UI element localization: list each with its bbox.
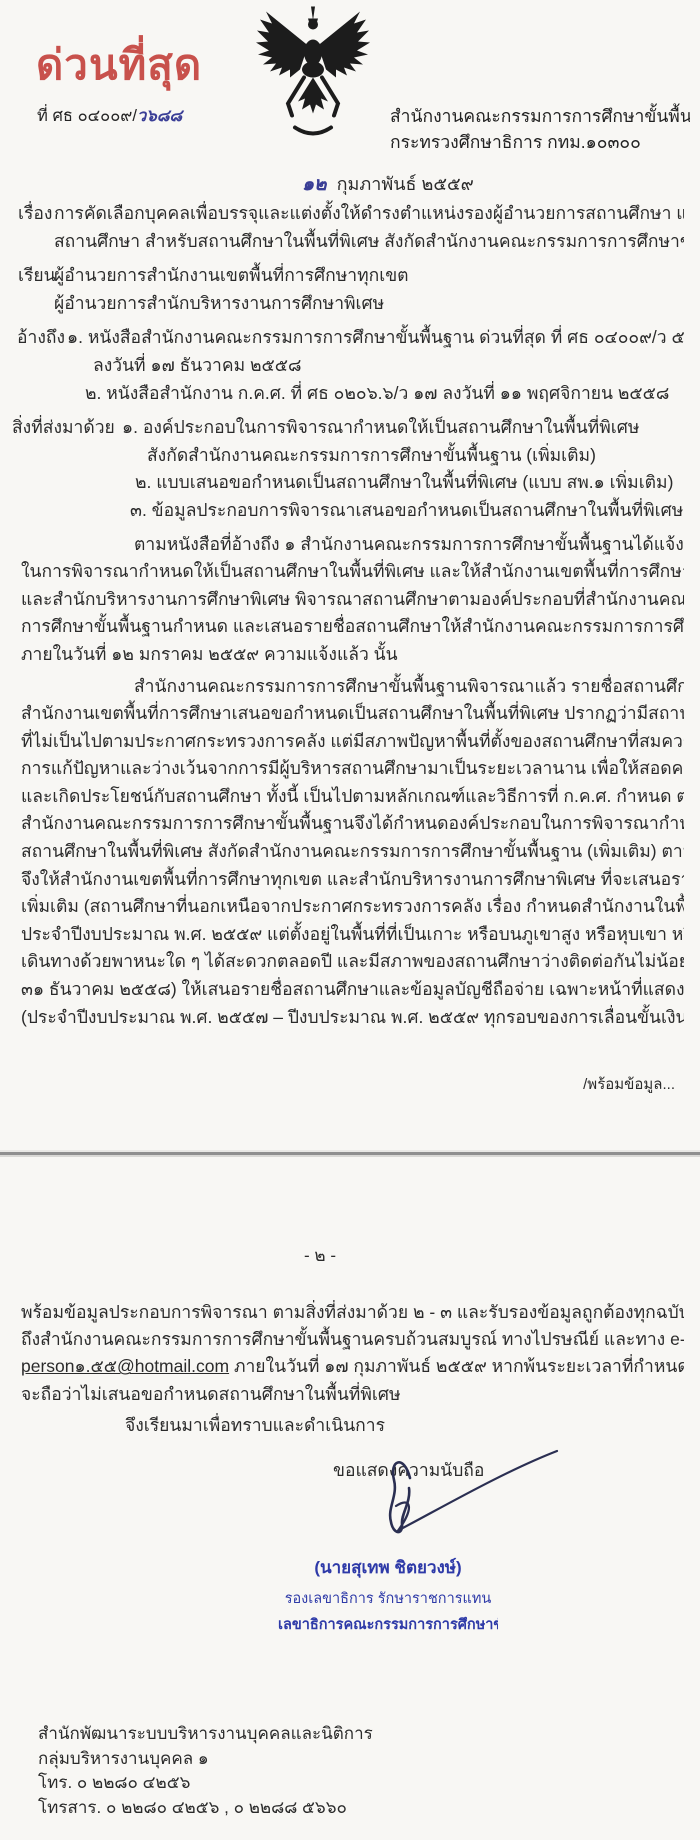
footer-phone: โทร. ๐ ๒๒๘๐ ๔๒๕๖ — [38, 1771, 438, 1796]
closing-statement: จึงเรียนมาเพื่อทราบและดำเนินการ — [125, 1411, 385, 1439]
paragraph-2: สำนักงานคณะกรรมการการศึกษาขั้นพื้นฐานพิจ… — [12, 673, 684, 1032]
paragraph-line: ประจำปีงบประมาณ พ.ศ. ๒๕๕๙ แต่ตั้งอยู่ในพ… — [12, 921, 684, 949]
subject-line: การคัดเลือกบุคคลเพื่อบรรจุและแต่งตั้งให้… — [12, 200, 684, 228]
continuation-mark: /พร้อมข้อมูล... — [545, 1072, 675, 1096]
references-label: อ้างถึง — [17, 324, 65, 352]
paragraph-line: ที่ไม่เป็นไปตามประกาศกระทรวงการคลัง แต่ม… — [12, 728, 684, 756]
footer-bureau: สำนักพัฒนาระบบบริหารงานบุคคลและนิติการ — [38, 1722, 438, 1747]
page2-paragraph: พร้อมข้อมูลประกอบการพิจารณา ตามสิ่งที่ส่… — [12, 1299, 684, 1408]
footer-group: กลุ่มบริหารงานบุคคล ๑ — [38, 1747, 438, 1772]
footer-fax: โทรสาร. ๐ ๒๒๘๐ ๔๒๕๖ , ๐ ๒๒๘๘ ๕๖๖๐ — [38, 1796, 438, 1821]
letterhead: สำนักงานคณะกรรมการการศึกษาขั้นพื้นฐาน กร… — [390, 103, 690, 155]
email-address: person๑.๕๕@hotmail.com — [21, 1356, 229, 1376]
paragraph-line: สำนักงานคณะกรรมการการศึกษาขั้นพื้นฐานจึง… — [12, 810, 684, 838]
enclosure-item: ๓. ข้อมูลประกอบการพิจารณาเสนอขอกำหนดเป็น… — [12, 497, 684, 525]
footer-contact: สำนักพัฒนาระบบบริหารงานบุคคลและนิติการ ก… — [38, 1722, 438, 1820]
date-month-year: กุมภาพันธ์ ๒๕๕๙ — [337, 174, 474, 194]
paragraph-1: ตามหนังสือที่อ้างถึง ๑ สำนักงานคณะกรรมกา… — [12, 531, 684, 669]
signer-title: รองเลขาธิการ รักษาราชการแทน — [278, 1587, 498, 1610]
letter-body: เรื่อง การคัดเลือกบุคคลเพื่อบรรจุและแต่ง… — [12, 200, 684, 1031]
enclosure-item: ๒. แบบเสนอขอกำหนดเป็นสถานศึกษาในพื้นที่พ… — [12, 469, 684, 497]
date-day-handwritten: ๑๒ — [302, 174, 327, 195]
document-number-printed: ที่ ศธ ๐๔๐๐๙/ — [37, 107, 137, 125]
paragraph-line: การแก้ปัญหาและว่างเว้นจากการมีผู้บริหารส… — [12, 755, 684, 783]
to-label: เรียน — [18, 262, 56, 290]
subject-label: เรื่อง — [18, 200, 52, 228]
letterhead-office: สำนักงานคณะกรรมการการศึกษาขั้นพื้นฐาน — [390, 103, 690, 129]
paragraph-line: สำนักงานเขตพื้นที่การศึกษาเสนอขอกำหนดเป็… — [12, 700, 684, 728]
paragraph-line: และเกิดประโยชน์กับสถานศึกษา ทั้งนี้ เป็น… — [12, 783, 684, 811]
paragraph-line-rest: ภายในวันที่ ๑๗ กุมภาพันธ์ ๒๕๕๙ หากพ้นระย… — [229, 1356, 684, 1376]
paragraph-line: person๑.๕๕@hotmail.com ภายในวันที่ ๑๗ กุ… — [12, 1353, 684, 1380]
page-divider — [0, 1152, 700, 1155]
enclosures-block: สิ่งที่ส่งมาด้วย ๑. องค์ประกอบในการพิจาร… — [12, 414, 684, 524]
paragraph-line: ในการพิจารณากำหนดให้เป็นสถานศึกษาในพื้นท… — [12, 558, 684, 586]
paragraph-line: การศึกษาขั้นพื้นฐานกำหนด และเสนอรายชื่อส… — [12, 613, 684, 641]
letterhead-address: กระทรวงศึกษาธิการ กทม.๑๐๓๐๐ — [390, 129, 690, 155]
paragraph-line: สถานศึกษาในพื้นที่พิเศษ สังกัดสำนักงานคณ… — [12, 838, 684, 866]
reference-item-continuation: ลงวันที่ ๑๗ ธันวาคม ๒๕๕๘ — [12, 352, 684, 380]
urgency-stamp: ด่วนที่สุด — [36, 44, 202, 86]
enclosures-label: สิ่งที่ส่งมาด้วย — [12, 414, 115, 442]
document-number: ที่ ศธ ๐๔๐๐๙/ว๖๘๘ — [37, 103, 257, 129]
date-line: ๑๒ กุมภาพันธ์ ๒๕๕๙ — [302, 169, 562, 199]
reference-item: ๑. หนังสือสำนักงานคณะกรรมการการศึกษาขั้น… — [12, 324, 684, 352]
enclosure-item-continuation: สังกัดสำนักงานคณะกรรมการการศึกษาขั้นพื้น… — [12, 442, 684, 470]
paragraph-line: ภายในวันที่ ๑๒ มกราคม ๒๕๕๙ ความแจ้งแล้ว … — [12, 641, 684, 669]
paragraph-line: ๓๑ ธันวาคม ๒๕๕๘) ให้เสนอรายชื่อสถานศึกษา… — [12, 976, 684, 1004]
subject-block: เรื่อง การคัดเลือกบุคคลเพื่อบรรจุและแต่ง… — [12, 200, 684, 255]
signer-title: เลขาธิการคณะกรรมการการศึกษาขั้นพื้นฐาน — [278, 1613, 498, 1636]
signer-block: (นายสุเทพ ชิตยวงษ์) รองเลขาธิการ รักษารา… — [278, 1554, 498, 1636]
paragraph-line: (ประจำปีงบประมาณ พ.ศ. ๒๕๕๗ – ปีงบประมาณ … — [12, 1004, 684, 1032]
paragraph-line: และสำนักบริหารงานการศึกษาพิเศษ พิจารณาสถ… — [12, 586, 684, 614]
paragraph-line: พร้อมข้อมูลประกอบการพิจารณา ตามสิ่งที่ส่… — [12, 1299, 684, 1326]
to-line: ผู้อำนวยการสำนักงานเขตพื้นที่การศึกษาทุก… — [12, 262, 684, 290]
garuda-emblem-icon — [250, 5, 376, 146]
to-line: ผู้อำนวยการสำนักบริหารงานการศึกษาพิเศษ — [12, 290, 684, 318]
scanned-letter: { "colors": { "urgent_red": "#c8514c", "… — [0, 0, 700, 1840]
paragraph-line: จะถือว่าไม่เสนอขอกำหนดสถานศึกษาในพื้นที่… — [12, 1381, 684, 1408]
to-block: เรียน ผู้อำนวยการสำนักงานเขตพื้นที่การศึ… — [12, 262, 684, 317]
signature-icon — [383, 1444, 565, 1544]
paragraph-line: เดินทางด้วยพาหนะใด ๆ ได้สะดวกตลอดปี และม… — [12, 948, 684, 976]
document-number-handwritten: ว๖๘๘ — [137, 107, 182, 125]
subject-line: สถานศึกษา สำหรับสถานศึกษาในพื้นที่พิเศษ … — [12, 228, 684, 256]
paragraph-line: จึงให้สำนักงานเขตพื้นที่การศึกษาทุกเขต แ… — [12, 866, 684, 894]
paragraph-line: เพิ่มเติม (สถานศึกษาที่นอกเหนือจากประกาศ… — [12, 893, 684, 921]
references-block: อ้างถึง ๑. หนังสือสำนักงานคณะกรรมการการศ… — [12, 324, 684, 407]
page-number: - ๒ - — [0, 1242, 640, 1269]
paragraph-line: ตามหนังสือที่อ้างถึง ๑ สำนักงานคณะกรรมกา… — [12, 531, 684, 559]
paragraph-line: สำนักงานคณะกรรมการการศึกษาขั้นพื้นฐานพิจ… — [12, 673, 684, 701]
signer-name: (นายสุเทพ ชิตยวงษ์) — [278, 1554, 498, 1581]
paragraph-line: ถึงสำนักงานคณะกรรมการการศึกษาขั้นพื้นฐาน… — [12, 1326, 684, 1353]
reference-item: ๒. หนังสือสำนักงาน ก.ค.ศ. ที่ ศธ ๐๒๐๖.๖/… — [12, 380, 684, 408]
